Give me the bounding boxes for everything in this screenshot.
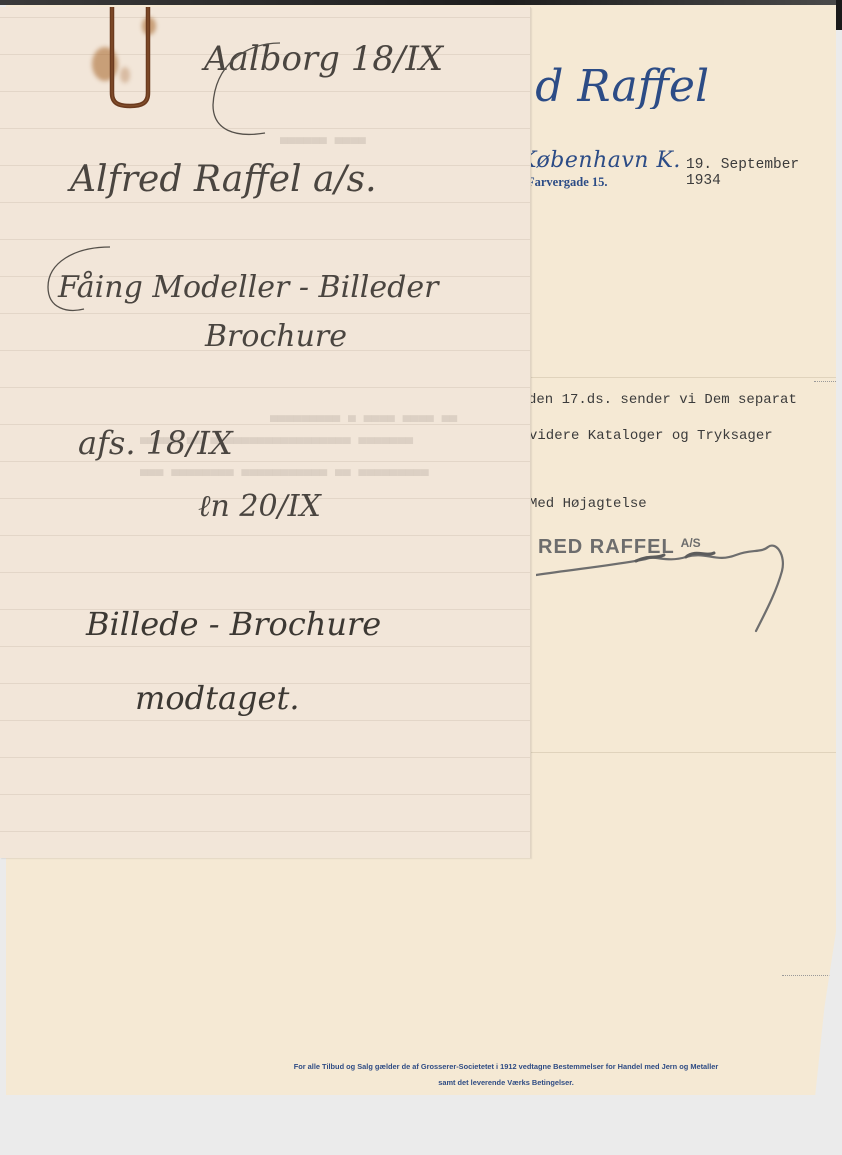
note-request-line-1: Fåing Modeller - Billeder [58, 270, 438, 305]
letter-footer-terms: For alle Tilbud og Salg gælder de af Gro… [166, 1059, 842, 1091]
note-sent-date: afs. 18/IX [78, 424, 233, 462]
footer-line-1: For alle Tilbud og Salg gælder de af Gro… [166, 1059, 842, 1075]
paperclip-icon [100, 7, 160, 112]
showthrough-text: ▀▀▀▀▀▀▀▀▀ ▀ ▀▀▀▀ ▀▀▀▀ ▀▀ [270, 415, 457, 430]
letterhead-city: København K. [520, 148, 681, 173]
dotted-fold-mark [782, 975, 832, 976]
flourish-icon [44, 243, 114, 323]
dotted-fold-mark [814, 381, 838, 382]
flourish-icon [205, 35, 285, 145]
letter-body-line-2: videre Kataloger og Tryksager [529, 428, 773, 444]
letter-body-line-1: den 17.ds. sender vi Dem separat [528, 392, 797, 408]
letter-date: 19. September 1934 [686, 157, 836, 189]
showthrough-text: ▀▀▀▀▀▀ ▀▀▀▀ [280, 137, 366, 152]
letter-closing: Med Højagtelse [529, 496, 647, 512]
scanner-corner [836, 0, 842, 30]
note-received-line-1: Billede - Brochure [86, 605, 381, 643]
showthrough-text: ▀▀▀ ▀▀▀▀▀▀▀▀ ▀▀▀▀▀▀▀▀▀▀▀ ▀▀ ▀▀▀▀▀▀▀▀▀ [140, 469, 429, 484]
footer-line-2: samt det leverende Værks Betingelser. [166, 1075, 842, 1091]
note-received-line-2: modtaget. [135, 679, 299, 717]
letterhead-address: Farvergade 15. [527, 175, 608, 190]
scanner-top-edge [0, 0, 842, 5]
note-recipient: Alfred Raffel a/s. [70, 159, 377, 200]
note-received-mark: ℓn 20/IX [198, 489, 321, 524]
signature-icon [536, 535, 796, 635]
handwritten-note-sheet: ▀▀▀▀▀▀ ▀▀▀▀ ▀▀▀▀▀▀▀▀▀ ▀ ▀▀▀▀ ▀▀▀▀ ▀▀ ▀▀▀… [0, 7, 531, 858]
note-request-line-2: Brochure [205, 319, 347, 354]
